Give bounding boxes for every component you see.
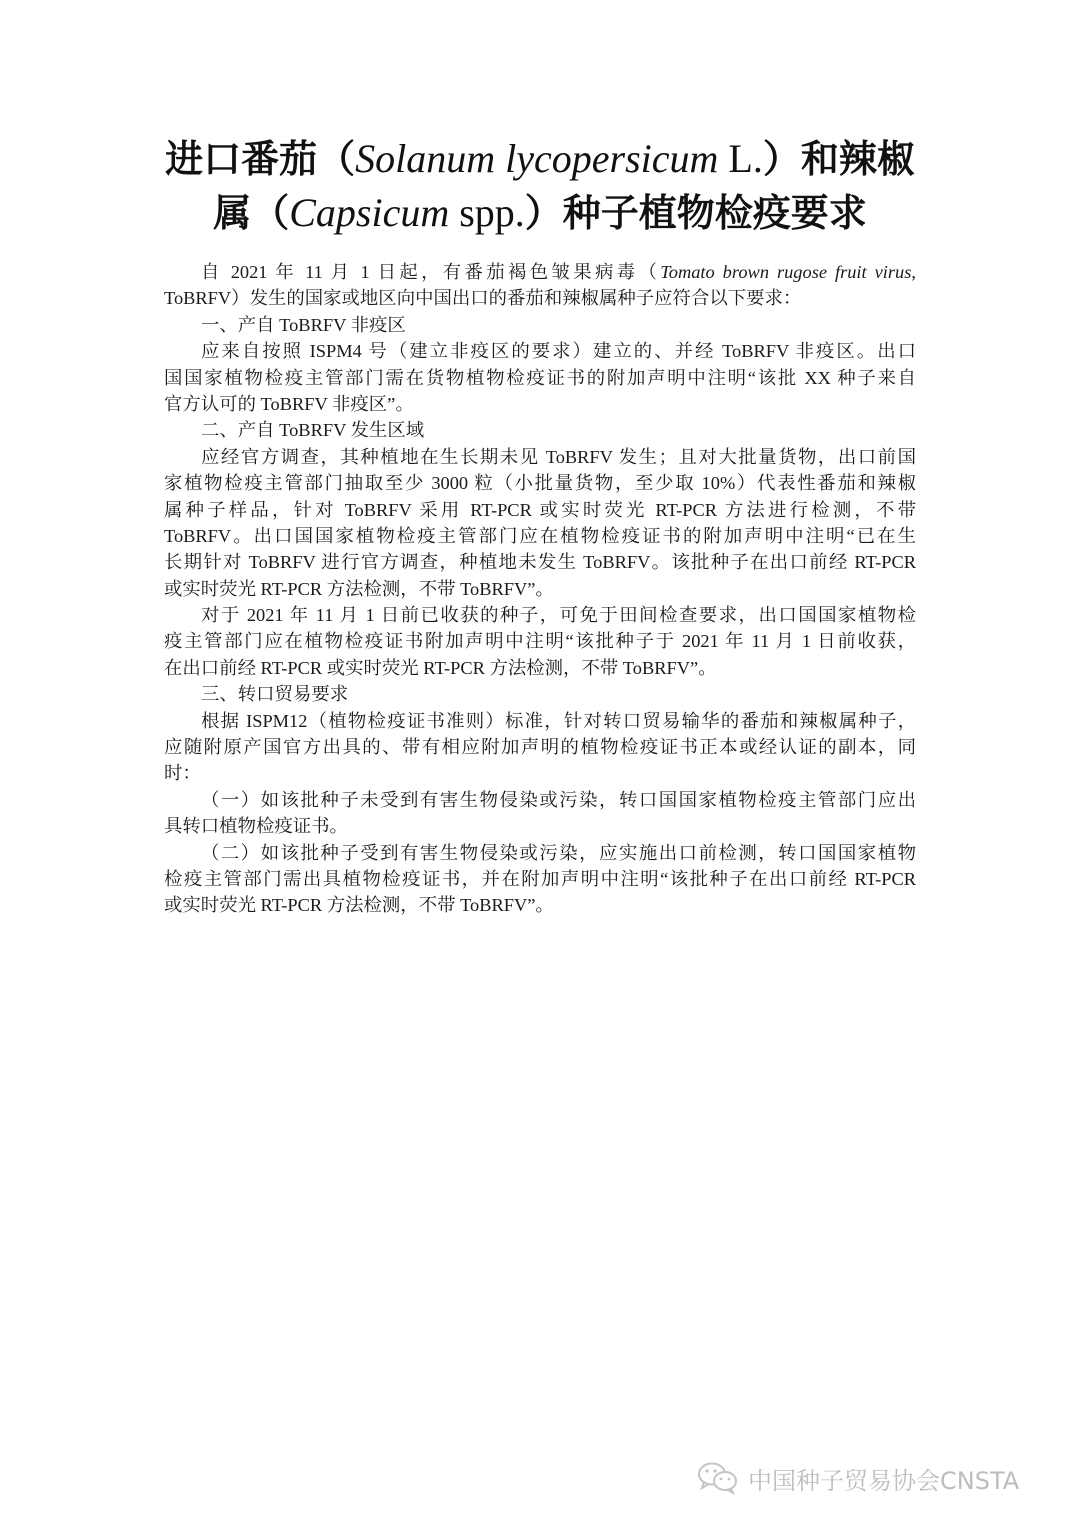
title-text: 进口番茄（: [165, 137, 355, 181]
body-text: 自 2021 年 11 月 1 日起，有番茄褐色皱果病毒（: [201, 262, 660, 282]
body-text: ,: [911, 262, 916, 282]
body-line: 对于 2021 年 11 月 1 日前已收获的种子，可免于田间检查要求，出口国国…: [164, 602, 916, 628]
title-line-2: 属（Capsicum spp.）种子植物检疫要求: [150, 186, 930, 240]
body-line: 官方认可的 ToBRFV 非疫区”。: [164, 391, 916, 417]
title-latin: Solanum lycopersicum L.: [355, 136, 763, 181]
body-line: 应随附原产国官方出具的、带有相应附加声明的植物检疫证书正本或经认证的副本，同: [164, 734, 916, 760]
genus-spp: spp.: [449, 190, 525, 235]
title-text: ）种子植物检疫要求: [525, 191, 867, 235]
document-body: 自 2021 年 11 月 1 日起，有番茄褐色皱果病毒（Tomato brow…: [164, 259, 916, 919]
species-name: Solanum lycopersicum: [355, 136, 718, 181]
body-line: 属种子样品，针对 ToBRFV 采用 RT-PCR 或实时荧光 RT-PCR 方…: [164, 497, 916, 523]
body-line: ToBRFV）发生的国家或地区向中国出口的番茄和辣椒属种子应符合以下要求：: [164, 285, 916, 311]
body-line: 长期针对 ToBRFV 进行官方调查，种植地未发生 ToBRFV。该批种子在出口…: [164, 549, 916, 575]
wechat-icon: [696, 1461, 740, 1495]
body-line: 根据 ISPM12（植物检疫证书准则）标准，针对转口贸易输华的番茄和辣椒属种子，: [164, 708, 916, 734]
title-text: 属（: [213, 191, 289, 235]
body-line: 时：: [164, 760, 916, 786]
body-line: 或实时荧光 RT-PCR 方法检测，不带 ToBRFV”。: [164, 892, 916, 918]
document-title: 进口番茄（Solanum lycopersicum L.）和辣椒 属（Capsi…: [150, 132, 930, 240]
document-page: 进口番茄（Solanum lycopersicum L.）和辣椒 属（Capsi…: [0, 0, 1080, 1527]
body-line: 在出口前经 RT-PCR 或实时荧光 RT-PCR 方法检测，不带 ToBRFV…: [164, 655, 916, 681]
body-line: 自 2021 年 11 月 1 日起，有番茄褐色皱果病毒（Tomato brow…: [164, 259, 916, 285]
body-line: 国国家植物检疫主管部门需在货物植物检疫证书的附加声明中注明“该批 XX 种子来自: [164, 365, 916, 391]
genus-name: Capsicum: [289, 190, 449, 235]
body-line: 一、产自 ToBRFV 非疫区: [164, 312, 916, 338]
watermark: 中国种子贸易协会CNSTA: [696, 1458, 1019, 1498]
body-line: 疫主管部门应在植物检疫证书附加声明中注明“该批种子于 2021 年 11 月 1…: [164, 628, 916, 654]
body-line: 检疫主管部门需出具植物检疫证书，并在附加声明中注明“该批种子在出口前经 RT-P…: [164, 866, 916, 892]
title-line-1: 进口番茄（Solanum lycopersicum L.）和辣椒: [150, 132, 930, 186]
virus-name: Tomato brown rugose fruit virus: [660, 262, 911, 282]
body-line: 具转口植物检疫证书。: [164, 813, 916, 839]
species-author: L.: [718, 136, 762, 181]
body-line: 应来自按照 ISPM4 号（建立非疫区的要求）建立的、并经 ToBRFV 非疫区…: [164, 338, 916, 364]
body-line: 三、转口贸易要求: [164, 681, 916, 707]
title-latin: Capsicum spp.: [289, 190, 525, 235]
body-line: 应经官方调查，其种植地在生长期未见 ToBRFV 发生；且对大批量货物，出口前国: [164, 444, 916, 470]
body-line: （一）如该批种子未受到有害生物侵染或污染，转口国国家植物检疫主管部门应出: [164, 787, 916, 813]
body-line: 二、产自 ToBRFV 发生区域: [164, 417, 916, 443]
body-line: （二）如该批种子受到有害生物侵染或污染，应实施出口前检测，转口国国家植物: [164, 840, 916, 866]
body-line: 家植物检疫主管部门抽取至少 3000 粒（小批量货物，至少取 10%）代表性番茄…: [164, 470, 916, 496]
title-text: ）和辣椒: [763, 137, 915, 181]
watermark-text: 中国种子贸易协会CNSTA: [748, 1461, 1019, 1496]
body-line: 或实时荧光 RT-PCR 方法检测，不带 ToBRFV”。: [164, 576, 916, 602]
body-line: ToBRFV。出口国国家植物检疫主管部门应在植物检疫证书的附加声明中注明“已在生: [164, 523, 916, 549]
